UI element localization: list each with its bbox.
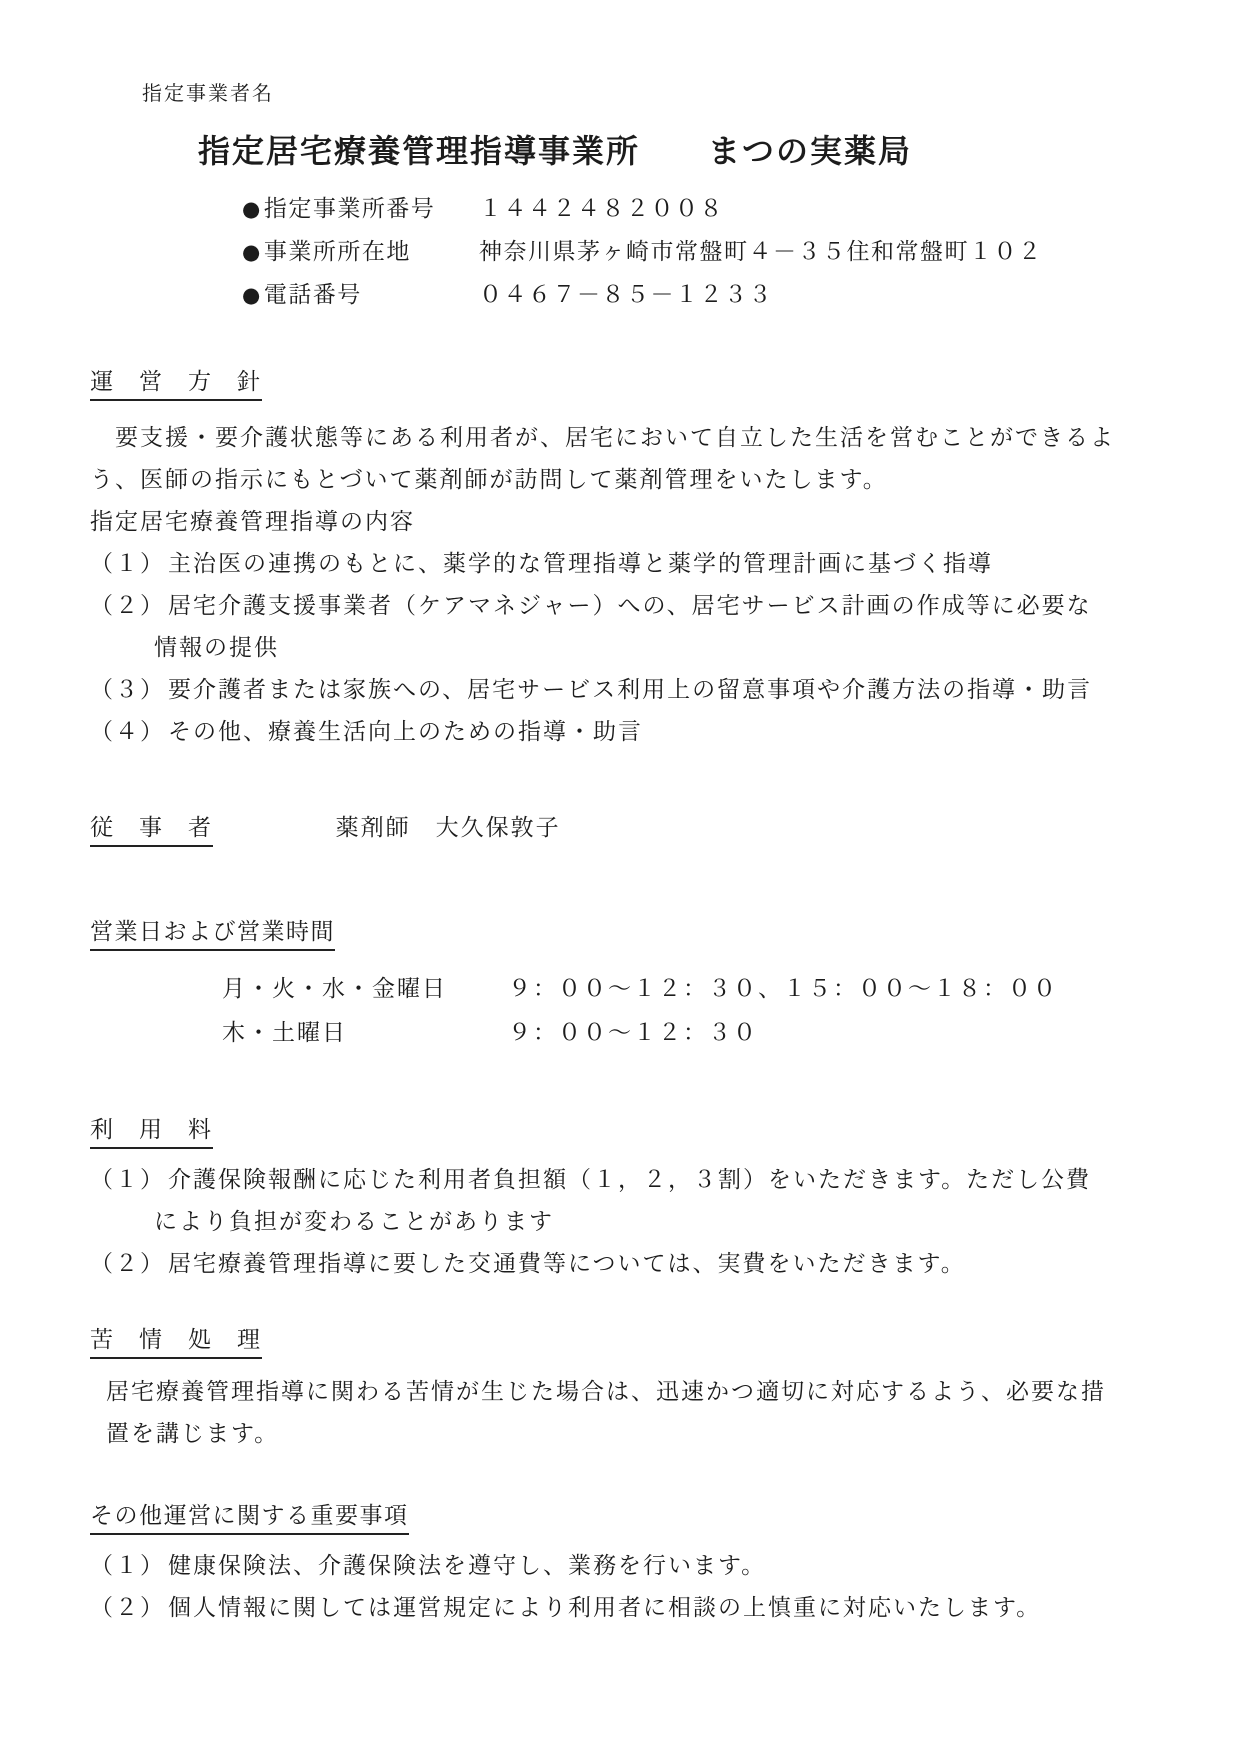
section-fees: 利 用 料 （１） 介護保険報酬に応じた利用者負担額（１，２，３割）をいただきま…: [90, 1117, 1153, 1285]
complaints-paragraph-line: 置を講じます。: [106, 1413, 1153, 1455]
policy-subheading: 指定居宅療養管理指導の内容: [90, 501, 1153, 543]
office-info-list: ● 指定事業所番号 １４４２４８２００８ ● 事業所所在地 神奈川県茅ヶ崎市常盤…: [90, 188, 1153, 317]
item-line: 介護保険報酬に応じた利用者負担額（１，２，３割）をいただきます。ただし公費: [168, 1167, 1091, 1193]
section-hours: 営業日および営業時間 月・火・水・金曜日 ９：００～１２：３０、１５：００～１８…: [90, 919, 1153, 1055]
item-text: 健康保険法、介護保険法を遵守し、業務を行います。: [168, 1545, 1153, 1587]
hours-time: ９：００～１２：３０、１５：００～１８：００: [508, 967, 1153, 1011]
staff-value: 薬剤師 大久保敦子: [336, 815, 561, 841]
other-item-1: （１） 健康保険法、介護保険法を遵守し、業務を行います。: [90, 1545, 1153, 1587]
policy-item-3: （３） 要介護者または家族への、居宅サービス利用上の留意事項や介護方法の指導・助…: [90, 669, 1153, 711]
item-number: （３）: [90, 669, 168, 711]
item-number: （２）: [90, 1243, 168, 1285]
office-address-label-group: ● 事業所所在地: [242, 231, 479, 274]
item-number: （１）: [90, 1545, 168, 1587]
section-staff: 従 事 者 薬剤師 大久保敦子: [90, 809, 1153, 847]
item-line: 居宅介護支援事業者（ケアマネジャー）への、居宅サービス計画の作成等に必要な: [168, 593, 1092, 619]
staff-heading: 従 事 者: [90, 815, 213, 847]
item-line: 健康保険法、介護保険法を遵守し、業務を行います。: [168, 1553, 766, 1579]
complaints-heading-wrap: 苦 情 処 理: [90, 1327, 1153, 1359]
item-text: 個人情報に関しては運営規定により利用者に相談の上慎重に対応いたします。: [168, 1587, 1153, 1629]
office-phone-label: 電話番号: [264, 274, 362, 317]
section-other: その他運営に関する重要事項 （１） 健康保険法、介護保険法を遵守し、業務を行いま…: [90, 1503, 1153, 1629]
item-text: 居宅介護支援事業者（ケアマネジャー）への、居宅サービス計画の作成等に必要な 情報…: [168, 585, 1153, 669]
section-policy: 運 営 方 針 要支援・要介護状態等にある利用者が、居宅において自立した生活を営…: [90, 369, 1153, 753]
complaints-heading: 苦 情 処 理: [90, 1327, 262, 1359]
complaints-paragraph: 居宅療養管理指導に関わる苦情が生じた場合は、迅速かつ適切に対応するよう、必要な措…: [90, 1371, 1153, 1455]
office-phone-value: ０４６７－８５－１２３３: [479, 274, 1153, 317]
other-items: （１） 健康保険法、介護保険法を遵守し、業務を行います。 （２） 個人情報に関し…: [90, 1545, 1153, 1629]
office-address-value: 神奈川県茅ヶ崎市常盤町４－３５住和常盤町１０２: [479, 231, 1153, 274]
office-number-label-group: ● 指定事業所番号: [242, 188, 479, 231]
section-complaints: 苦 情 処 理 居宅療養管理指導に関わる苦情が生じた場合は、迅速かつ適切に対応す…: [90, 1327, 1153, 1455]
office-address-row: ● 事業所所在地 神奈川県茅ヶ崎市常盤町４－３５住和常盤町１０２: [242, 231, 1153, 274]
office-number-label: 指定事業所番号: [264, 188, 436, 231]
hours-days: 月・火・水・金曜日: [222, 967, 508, 1011]
item-number: （４）: [90, 711, 168, 753]
fees-items: （１） 介護保険報酬に応じた利用者負担額（１，２，３割）をいただきます。ただし公…: [90, 1159, 1153, 1285]
item-line: 情報の提供: [154, 627, 1153, 669]
item-line: 主治医の連携のもとに、薬学的な管理指導と薬学的管理計画に基づく指導: [168, 551, 993, 577]
item-number: （１）: [90, 543, 168, 585]
hours-heading: 営業日および営業時間: [90, 919, 335, 951]
item-text: 要介護者または家族への、居宅サービス利用上の留意事項や介護方法の指導・助言: [168, 669, 1153, 711]
item-line: により負担が変わることがあります: [154, 1201, 1153, 1243]
complaints-paragraph-line: 居宅療養管理指導に関わる苦情が生じた場合は、迅速かつ適切に対応するよう、必要な措: [106, 1371, 1153, 1413]
office-number-row: ● 指定事業所番号 １４４２４８２００８: [242, 188, 1153, 231]
document-page: 指定事業者名 指定居宅療養管理指導事業所 まつの実薬局 ● 指定事業所番号 １４…: [0, 0, 1241, 1755]
item-number: （２）: [90, 1587, 168, 1629]
other-item-2: （２） 個人情報に関しては運営規定により利用者に相談の上慎重に対応いたします。: [90, 1587, 1153, 1629]
office-address-label: 事業所所在地: [264, 231, 411, 274]
office-number-value: １４４２４８２００８: [479, 188, 1153, 231]
fees-item-2: （２） 居宅療養管理指導に要した交通費等については、実費をいただきます。: [90, 1243, 1153, 1285]
hours-row-weekdays: 月・火・水・金曜日 ９：００～１２：３０、１５：００～１８：００: [222, 967, 1153, 1011]
item-line: 個人情報に関しては運営規定により利用者に相談の上慎重に対応いたします。: [168, 1595, 1041, 1621]
item-line: 居宅療養管理指導に要した交通費等については、実費をいただきます。: [168, 1251, 966, 1277]
policy-item-4: （４） その他、療養生活向上のための指導・助言: [90, 711, 1153, 753]
item-line: その他、療養生活向上のための指導・助言: [168, 719, 643, 745]
designated-provider-label: 指定事業者名: [142, 80, 1153, 106]
policy-paragraph: 要支援・要介護状態等にある利用者が、居宅において自立した生活を営むことができるよ…: [90, 417, 1153, 501]
policy-heading: 運 営 方 針: [90, 369, 262, 401]
item-text: 介護保険報酬に応じた利用者負担額（１，２，３割）をいただきます。ただし公費 によ…: [168, 1159, 1153, 1243]
page-title: 指定居宅療養管理指導事業所 まつの実薬局: [198, 130, 1153, 172]
hours-time: ９：００～１２：３０: [508, 1011, 1153, 1055]
policy-heading-wrap: 運 営 方 針: [90, 369, 1153, 401]
office-phone-label-group: ● 電話番号: [242, 274, 479, 317]
item-text: その他、療養生活向上のための指導・助言: [168, 711, 1153, 753]
hours-table: 月・火・水・金曜日 ９：００～１２：３０、１５：００～１８：００ 木・土曜日 ９…: [90, 967, 1153, 1055]
item-text: 居宅療養管理指導に要した交通費等については、実費をいただきます。: [168, 1243, 1153, 1285]
office-phone-row: ● 電話番号 ０４６７－８５－１２３３: [242, 274, 1153, 317]
item-line: 要介護者または家族への、居宅サービス利用上の留意事項や介護方法の指導・助言: [168, 677, 1092, 703]
bullet-icon: ●: [242, 188, 262, 231]
policy-paragraph-line: う、医師の指示にもとづいて薬剤師が訪問して薬剤管理をいたします。: [90, 459, 1153, 501]
bullet-icon: ●: [242, 274, 262, 317]
policy-item-2: （２） 居宅介護支援事業者（ケアマネジャー）への、居宅サービス計画の作成等に必要…: [90, 585, 1153, 669]
hours-row-thu-sat: 木・土曜日 ９：００～１２：３０: [222, 1011, 1153, 1055]
other-heading: その他運営に関する重要事項: [90, 1503, 409, 1535]
policy-item-1: （１） 主治医の連携のもとに、薬学的な管理指導と薬学的管理計画に基づく指導: [90, 543, 1153, 585]
fees-heading: 利 用 料: [90, 1117, 213, 1149]
bullet-icon: ●: [242, 231, 262, 274]
policy-paragraph-line: 要支援・要介護状態等にある利用者が、居宅において自立した生活を営むことができるよ: [90, 417, 1153, 459]
fees-heading-wrap: 利 用 料: [90, 1117, 1153, 1149]
other-heading-wrap: その他運営に関する重要事項: [90, 1503, 1153, 1535]
hours-heading-wrap: 営業日および営業時間: [90, 919, 1153, 951]
hours-days: 木・土曜日: [222, 1011, 508, 1055]
fees-item-1: （１） 介護保険報酬に応じた利用者負担額（１，２，３割）をいただきます。ただし公…: [90, 1159, 1153, 1243]
item-text: 主治医の連携のもとに、薬学的な管理指導と薬学的管理計画に基づく指導: [168, 543, 1153, 585]
